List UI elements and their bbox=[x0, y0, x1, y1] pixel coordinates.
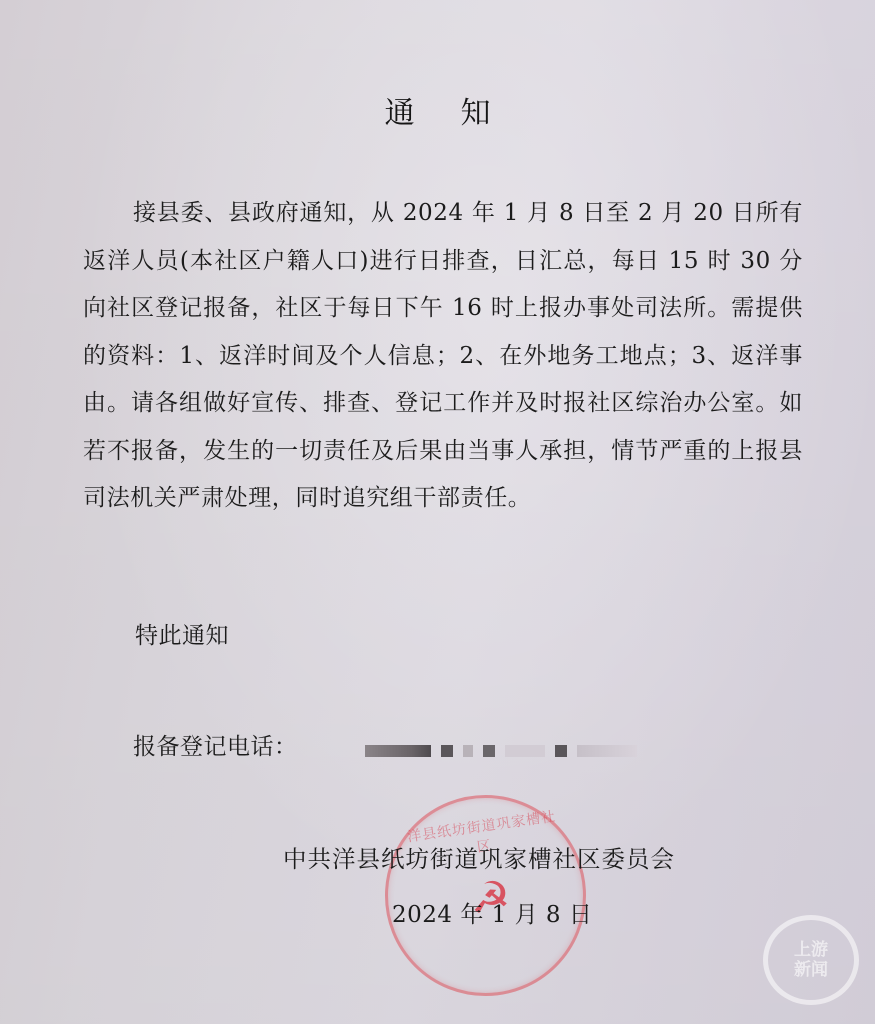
redacted-phone-number bbox=[365, 744, 647, 758]
notice-paragraph: 接县委、县政府通知，从 2024 年 1 月 8 日至 2 月 20 日所有返洋… bbox=[83, 190, 803, 523]
issuing-organization: 中共洋县纸坊街道巩家槽社区委员会 bbox=[283, 840, 675, 874]
document-title: 通知 bbox=[0, 88, 875, 132]
closing-phrase: 特此通知 bbox=[135, 617, 229, 650]
watermark-line2: 新闻 bbox=[794, 960, 828, 980]
watermark-line1: 上游 bbox=[794, 940, 828, 960]
document-body: 接县委、县政府通知，从 2024 年 1 月 8 日至 2 月 20 日所有返洋… bbox=[83, 190, 803, 523]
contact-label: 报备登记电话： bbox=[133, 728, 298, 761]
issue-date: 2024 年 1 月 8 日 bbox=[392, 896, 592, 929]
contact-line: 报备登记电话： bbox=[133, 728, 298, 761]
news-watermark-logo: 上游 新闻 bbox=[763, 915, 859, 1005]
